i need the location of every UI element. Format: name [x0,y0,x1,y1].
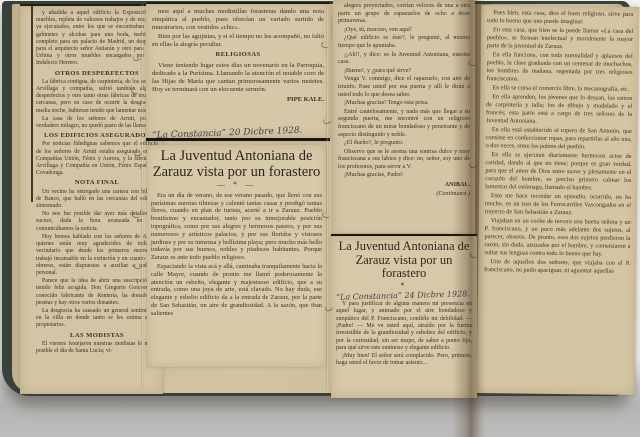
clipping-paragraph: La desgracia ha causado un general senti… [36,308,158,330]
clipping-paragraph: La fábrica contigua, de carpintería, de … [36,79,158,115]
clipping-paragraph: En ella funciona, con toda normalidad y … [486,51,632,85]
section-heading-las-modistas: LAS MODISTAS [36,332,158,339]
clipping-paragraph: ¡Muchas gracias, Padre! [338,172,470,180]
clipping-religiosas: mos aquí a muchas modistillas forasteras… [146,2,330,141]
byline-pipe-kale: PIPE KALE. [152,96,324,104]
clipping-paragraph: En esta casa, que bien se la puede llama… [487,26,633,52]
page-crease [141,4,144,389]
clipping-paragraph: Por noticias fidedignas sabemos que el e… [36,141,158,177]
article-headline: La Juventud Antoniana de Zarauz vista po… [151,149,322,180]
clipping-paragraph: Era un día de verano, de ese verano pasa… [151,192,322,262]
clipping-paragraph: Observo que se le asoma una sonrisa dulc… [338,149,470,172]
clipping-paragraph: En ella se ejecutan diariamente hermosos… [485,151,631,193]
clipping-paragraph: La casa de los señores de Arruti, por un… [36,116,158,130]
clipping-paragraph: Hoy hemos hablado con los señores de Arr… [36,234,158,277]
clipping-paragraph: En ella aprenden, los jóvenes que lo des… [486,93,632,127]
byline-anibal: ANIBAL. [338,182,470,190]
section-heading-otros-desperfectos: OTROS DESPERFECTOS [36,70,158,77]
clipping-article-juventud-antoniana-1: La Juventud Antoniana de Zarauz vista po… [147,145,326,367]
section-heading-religiosas: RELIGIOSAS [152,51,324,59]
clipping-paragraph: Uno de aquellos dos señores, que viajaba… [484,258,630,276]
scanned-scrapbook-photo: y añadida a aquel edificio la Exposición… [0,0,640,437]
clipping-paragraph: El viernes festejaron nuestras modistas … [36,341,158,355]
clipping-paragraph: Espaciando la vista acá y allá, caminaba… [151,263,322,318]
clipping-paragraph: ¡Bueno!, y ¿para qué sirve? [338,68,470,76]
printed-column-rule [31,6,33,202]
clipping-paragraph: ¡¡Ah!!, y dice: es la Juventud Antoniana… [338,52,470,67]
section-heading-nota-final: NOTA FINAL [36,179,158,186]
clipping-paragraph: ¡Muchas gracias! Tengo esta prisa. [338,100,470,108]
page-crease [326,4,329,389]
clipping-paragraph: ¡Oye, tú, mocoso, ven aquí! [338,27,470,35]
book-fold-shadow [452,0,486,437]
clipping-paragraph: Entré cautelosamente, y nada más que lle… [338,109,470,139]
clipping-paragraph: alegres proyectados, corrían veloces de … [338,3,470,26]
continuation-note: (Continuará.) [338,191,470,199]
clipping-article-continuation: Pues bien, esta casa, dice el buen relig… [477,5,640,395]
clipping-paragraph: Esto me hace recordar un episodio, ocurr… [485,192,631,218]
clipping-paragraph: Viajaban en un coche de tercera una buen… [484,217,630,259]
clipping-paragraph: ¿Qué edificio es éste?, le pregunté, al … [338,35,470,50]
clipping-paragraph: Parece que la idea de abrir una suscripc… [36,278,158,307]
clipping-paragraph: Bien por las agujistas, y si el tiempo n… [152,33,324,49]
clipping-paragraph: En ella está establecido el ropero de Sa… [486,126,632,152]
section-heading-edificios-asegurados: LOS EDIFICIOS ASEGURADOS [36,132,158,139]
clipping-paragraph: mos aquí a muchas modistillas forasteras… [152,8,324,32]
clipping-paragraph: Viene teniendo lugar estos días un noven… [152,62,324,94]
clipping-paragraph: Un vecino ha entregado una cartera con b… [36,189,158,211]
clipping-paragraph: Venga V. conmigo, dice el rapazuelo, con… [338,76,470,99]
clipping-paragraph: ¿El dueño?, le pregunto. [338,140,470,148]
headline-divider-ornament: — * — [151,181,322,189]
clipping-paragraph: Pues bien, esta casa, dice el buen relig… [487,9,633,27]
